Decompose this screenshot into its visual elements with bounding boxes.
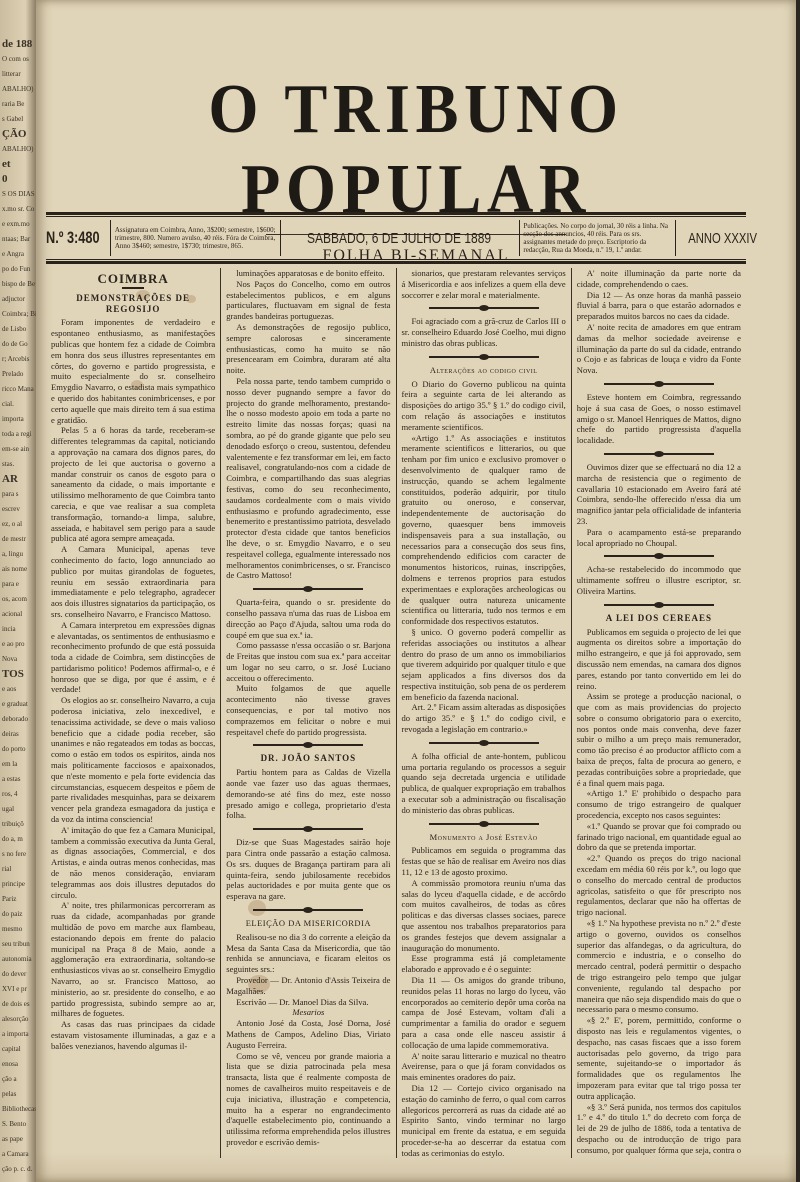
paragraph: Antonio José da Costa, José Dorna, José … — [226, 1018, 390, 1050]
paragraph: A commissão promotora reuniu n'uma das s… — [402, 878, 566, 954]
paragraph: Diz-se que Suas Magestades sairão hoje p… — [226, 837, 390, 902]
strip-text-fragment: e exm.mo — [2, 220, 30, 229]
strip-text-fragment: acional — [2, 610, 22, 619]
strip-text-fragment: litterar — [2, 70, 21, 79]
subheading-mesarios: Mesarios — [226, 1007, 390, 1018]
paragraph: O Diario do Governo publicou na quinta f… — [402, 379, 566, 433]
strip-text-fragment: ais nome — [2, 565, 27, 574]
paragraph: Os elogios ao sr. conselheiro Navarro, a… — [51, 695, 215, 825]
paragraph: As demonstrações de regosijo publico, se… — [226, 322, 390, 376]
headline-joao-santos: DR. JOÃO SANTOS — [226, 753, 390, 764]
ornamental-rule — [429, 356, 539, 358]
strip-text-fragment: a, lingu — [2, 550, 23, 559]
paragraph: A' imitação do que fez a Camara Municipa… — [51, 825, 215, 901]
strip-text-fragment: S. Bento — [2, 1120, 26, 1129]
paragraph: «1.º Quando se provar que foi comprado o… — [577, 821, 741, 853]
paragraph: Publicamos em seguida o programma das fe… — [402, 845, 566, 877]
strip-text-fragment: ABALHO) — [2, 145, 34, 154]
newspaper-page: O TRIBUNO POPULAR FOLHA BI-SEMANAL N.º 3… — [36, 0, 796, 1182]
column-4: A' noite illuminação da parte norte da c… — [571, 268, 746, 1158]
paragraph: Provedor — Dr. Antonio d'Assis Teixeira … — [226, 975, 390, 997]
strip-text-fragment: escrev — [2, 505, 20, 514]
ornamental-rule — [604, 383, 714, 385]
strip-text-fragment: do dever — [2, 970, 26, 979]
strip-text-fragment: cial. — [2, 400, 14, 409]
strip-text-fragment: e aos — [2, 685, 16, 694]
paragraph: Dia 12 — Cortejo civico organisado na es… — [402, 1083, 566, 1158]
paragraph: § unico. O governo poderá compellir as r… — [402, 627, 566, 703]
strip-text-fragment: alesorção — [2, 1015, 28, 1024]
paragraph: «Artigo 1.º E' prohibido o despacho para… — [577, 788, 741, 820]
strip-text-fragment: a Camara — [2, 1150, 29, 1159]
strip-text-fragment: ez, o al — [2, 520, 22, 529]
strip-text-fragment: S OS DIAS — [2, 190, 35, 199]
article-body: A folha official de ante-hontem, publico… — [402, 751, 566, 816]
paragraph: Esse programma está já completamente ela… — [402, 953, 566, 975]
strip-text-fragment: toda a regi — [2, 430, 32, 439]
paragraph: Pela nossa parte, tendo tambem cumprido … — [226, 376, 390, 581]
paragraph: Partiu hontem para as Caldas de Vizella … — [226, 767, 390, 821]
headline-eleicao: ELEIÇÃO DA MISERICORDIA — [226, 918, 390, 929]
strip-text-fragment: deborado — [2, 715, 28, 724]
strip-text-fragment: et — [2, 160, 11, 169]
paragraph: Acha-se restabelecido do incommodo que u… — [577, 564, 741, 596]
section-title-coimbra: COIMBRA — [51, 274, 215, 285]
article-body: Ouvimos dizer que se effectuará no dia 1… — [577, 462, 741, 548]
article-body: Realisou-se no dia 3 do corrente a eleiç… — [226, 932, 390, 1008]
strip-text-fragment: ros, 4 — [2, 790, 18, 799]
article-columns: COIMBRA DEMONSTRAÇÕES DE REGOSIJO Foram … — [46, 268, 746, 1158]
divider — [519, 220, 520, 256]
paragraph: Esteve hontem em Coimbra, regressando ho… — [577, 392, 741, 446]
article-body: Publicamos em seguida o projecto de lei … — [577, 627, 741, 1158]
short-rule — [122, 287, 144, 289]
adjacent-page-strip: de 188O com oslitterarABALHO)raria Bes G… — [0, 0, 36, 1182]
ornamental-rule — [604, 453, 714, 455]
strip-text-fragment: a importa — [2, 1030, 29, 1039]
paragraph: A' noite sarau litterario e muzical no t… — [402, 1051, 566, 1083]
paragraph: Escrivão — Dr. Manoel Dias da Silva. — [226, 997, 390, 1008]
issue-date: SABBADO, 6 DE JULHO DE 1889 — [307, 230, 491, 247]
headline-demonstracoes: DEMONSTRAÇÕES DE REGOSIJO — [51, 293, 215, 315]
strip-text-fragment: os, acom — [2, 595, 27, 604]
strip-text-fragment: do paiz — [2, 910, 22, 919]
article-body: luminações apparatosas e de bonito effei… — [226, 268, 390, 581]
ornamental-rule — [253, 588, 363, 590]
article-body: A' noite illuminação da parte norte da c… — [577, 268, 741, 376]
strip-text-fragment: do porto — [2, 745, 26, 754]
ornamental-rule — [604, 604, 714, 606]
strip-text-fragment: Nova — [2, 655, 17, 664]
paragraph: A' noite recita de amadores em que entra… — [577, 322, 741, 376]
ornamental-rule — [253, 828, 363, 830]
divider — [280, 220, 281, 256]
paragraph: Nos Paços do Concelho, como em outros es… — [226, 279, 390, 322]
article-body: Foram imponentes de verdadeiro e esponta… — [51, 317, 215, 1051]
strip-text-fragment: ção a — [2, 1075, 17, 1084]
divider — [110, 220, 111, 256]
paragraph: Realisou-se no dia 3 do corrente a eleiç… — [226, 932, 390, 975]
paragraph: «2.º Quando os preços do trigo nacional … — [577, 853, 741, 918]
strip-text-fragment: ugal — [2, 805, 14, 814]
paragraph: Quarta-feira, quando o sr. presidente do… — [226, 597, 390, 640]
headline-codigo-civil: Alterações ao codigo civil — [402, 365, 566, 376]
subscription-info: Assignatura em Coimbra, Anno, 3$200; sem… — [115, 226, 276, 250]
strip-text-fragment: em la — [2, 760, 17, 769]
strip-text-fragment: incia — [2, 625, 16, 634]
issue-number: N.º 3:480 — [46, 228, 91, 248]
strip-text-fragment: e graduat — [2, 700, 28, 709]
paragraph: Art. 2.º Ficam assim alteradas as dispos… — [402, 702, 566, 734]
article-body: Publicamos em seguida o programma das fe… — [402, 845, 566, 1158]
article-body: Antonio José da Costa, José Dorna, José … — [226, 1018, 390, 1148]
strip-text-fragment: XVI e pr — [2, 985, 27, 994]
strip-text-fragment: Bibliothecas — [2, 1105, 36, 1114]
strip-text-fragment: ntaas; Bar — [2, 235, 30, 244]
info-bar: N.º 3:480 Assignatura em Coimbra, Anno, … — [46, 218, 746, 258]
header-rule-top-thin — [46, 216, 746, 217]
paragraph: Como se vê, venceu por grande maioria a … — [226, 1051, 390, 1148]
strip-text-fragment: po do Fun — [2, 265, 30, 274]
strip-text-fragment: s no fere — [2, 850, 26, 859]
strip-text-fragment: do de Go — [2, 340, 28, 349]
paragraph: A Camara interpretou em expressões digna… — [51, 620, 215, 696]
paragraph: A' noite, tres philarmonicas percorreram… — [51, 900, 215, 1019]
paragraph: «§ 2.º E', porem, permittido, conforme o… — [577, 1015, 741, 1101]
strip-text-fragment: e Angra — [2, 250, 24, 259]
article-body: Esteve hontem em Coimbra, regressando ho… — [577, 392, 741, 446]
paragraph: luminações apparatosas e de bonito effei… — [226, 268, 390, 279]
strip-text-fragment: s Gabel — [2, 115, 23, 124]
strip-text-fragment: deiras — [2, 730, 19, 739]
volume-year: ANNO XXXIV — [688, 230, 738, 247]
strip-text-fragment: ABALHO) — [2, 85, 34, 94]
strip-text-fragment: bispo de Be — [2, 280, 35, 289]
ornamental-rule — [429, 307, 539, 309]
strip-text-fragment: de Lisbo — [2, 325, 26, 334]
article-body: sionarios, que prestaram relevantes serv… — [402, 268, 566, 300]
paragraph: Publicamos em seguida o projecto de lei … — [577, 627, 741, 692]
paragraph: Assim se protege a producção nacional, o… — [577, 691, 741, 788]
strip-text-fragment: autonomia — [2, 955, 32, 964]
strip-text-fragment: 0 — [2, 175, 8, 184]
strip-text-fragment: e ao pro — [2, 640, 25, 649]
strip-text-fragment: enosa — [2, 1060, 18, 1069]
paragraph: A folha official de ante-hontem, publico… — [402, 751, 566, 816]
paragraph: A' noite illuminação da parte norte da c… — [577, 268, 741, 290]
ornamental-rule — [604, 555, 714, 557]
paragraph: Dia 11 — Os amigos do grande tribuno, re… — [402, 975, 566, 1051]
strip-text-fragment: do a, m — [2, 835, 23, 844]
ornamental-rule — [253, 744, 363, 746]
header-rule-bottom — [46, 261, 746, 264]
paragraph: As casas das ruas principaes da cidade e… — [51, 1019, 215, 1051]
strip-text-fragment: tribuiçõ — [2, 820, 24, 829]
paragraph: Muito folgamos de que aquelle acontecime… — [226, 683, 390, 737]
strip-text-fragment: TOS — [2, 670, 24, 679]
header-rule-top — [46, 212, 746, 215]
article-body: O Diario do Governo publicou na quinta f… — [402, 379, 566, 735]
strip-text-fragment: a estas — [2, 775, 20, 784]
paragraph: Para o acampamento está-se preparando lo… — [577, 527, 741, 549]
strip-text-fragment: pelas — [2, 1090, 16, 1099]
divider — [675, 220, 676, 256]
paragraph: Como passasse n'essa occasião o sr. Barj… — [226, 640, 390, 683]
strip-text-fragment: para s — [2, 490, 19, 499]
strip-text-fragment: ricco Mana — [2, 385, 34, 394]
paragraph: Ouvimos dizer que se effectuará no dia 1… — [577, 462, 741, 527]
strip-text-fragment: stas. — [2, 460, 14, 469]
newspaper-title: O TRIBUNO POPULAR — [103, 70, 729, 230]
strip-text-fragment: Pariz — [2, 895, 16, 904]
article-body: Diz-se que Suas Magestades sairão hoje p… — [226, 837, 390, 902]
strip-text-fragment: adjuctor — [2, 295, 25, 304]
strip-text-fragment: de 188 — [2, 40, 32, 49]
article-body: Partiu hontem para as Caldas de Vizella … — [226, 767, 390, 821]
strip-text-fragment: para e — [2, 580, 19, 589]
strip-text-fragment: principe — [2, 880, 25, 889]
strip-text-fragment: rial — [2, 865, 11, 874]
strip-text-fragment: seu tribun — [2, 940, 30, 949]
publication-rates: Publicações. No corpo do jornal, 30 réis… — [523, 222, 671, 254]
strip-text-fragment: de dois es — [2, 1000, 30, 1009]
article-body: Acha-se restabelecido do incommodo que u… — [577, 564, 741, 596]
headline-lei-cereaes: A LEI DOS CEREAES — [577, 613, 741, 624]
article-body: Quarta-feira, quando o sr. presidente do… — [226, 597, 390, 737]
page-bottom-margin — [36, 1152, 796, 1182]
strip-text-fragment: em-se ain — [2, 445, 29, 454]
strip-text-fragment: r; Arcebis — [2, 355, 29, 364]
paragraph: Pelas 5 a 6 horas da tarde, receberam-se… — [51, 425, 215, 544]
strip-text-fragment: raria Be — [2, 100, 24, 109]
column-3: sionarios, que prestaram relevantes serv… — [396, 268, 571, 1158]
paragraph: Dia 12 — As onze horas da manhã passeio … — [577, 290, 741, 322]
ornamental-rule — [253, 909, 363, 911]
paragraph: Foram imponentes de verdadeiro e esponta… — [51, 317, 215, 425]
paragraph: «Artigo 1.º As associações e institutos … — [402, 433, 566, 627]
paragraph: A Camara Municipal, apenas teve conhecim… — [51, 544, 215, 620]
header-rule-bottom-thin — [46, 259, 746, 260]
strip-text-fragment: AR — [2, 475, 18, 484]
strip-text-fragment: mesmo — [2, 925, 22, 934]
paragraph: «§ 3.º Será punida, nos termos dos capit… — [577, 1102, 741, 1158]
paragraph: «§ 1.º Na hypothese prevista no n.º 2.º … — [577, 918, 741, 1015]
strip-text-fragment: x.mo sr. Co — [2, 205, 34, 214]
strip-text-fragment: Coimbra; Bis — [2, 310, 36, 319]
strip-text-fragment: Prelado — [2, 370, 23, 379]
column-2: luminações apparatosas e de bonito effei… — [220, 268, 395, 1158]
column-1: COIMBRA DEMONSTRAÇÕES DE REGOSIJO Foram … — [46, 268, 220, 1158]
strip-text-fragment: de mestr — [2, 535, 26, 544]
headline-monumento: Monumento a José Estevão — [402, 832, 566, 843]
strip-text-fragment: as pape — [2, 1135, 23, 1144]
strip-text-fragment: capital — [2, 1045, 21, 1054]
paragraph: Foi agraciado com a grã-cruz de Carlos I… — [402, 316, 566, 348]
strip-text-fragment: ção p. c. d. — [2, 1165, 32, 1174]
strip-text-fragment: O com os — [2, 55, 29, 64]
ornamental-rule — [429, 823, 539, 825]
strip-text-fragment: importa — [2, 415, 24, 424]
paragraph: sionarios, que prestaram relevantes serv… — [402, 268, 566, 300]
ornamental-rule — [429, 742, 539, 744]
article-body: Foi agraciado com a grã-cruz de Carlos I… — [402, 316, 566, 348]
strip-text-fragment: ÇÃO — [2, 130, 26, 139]
